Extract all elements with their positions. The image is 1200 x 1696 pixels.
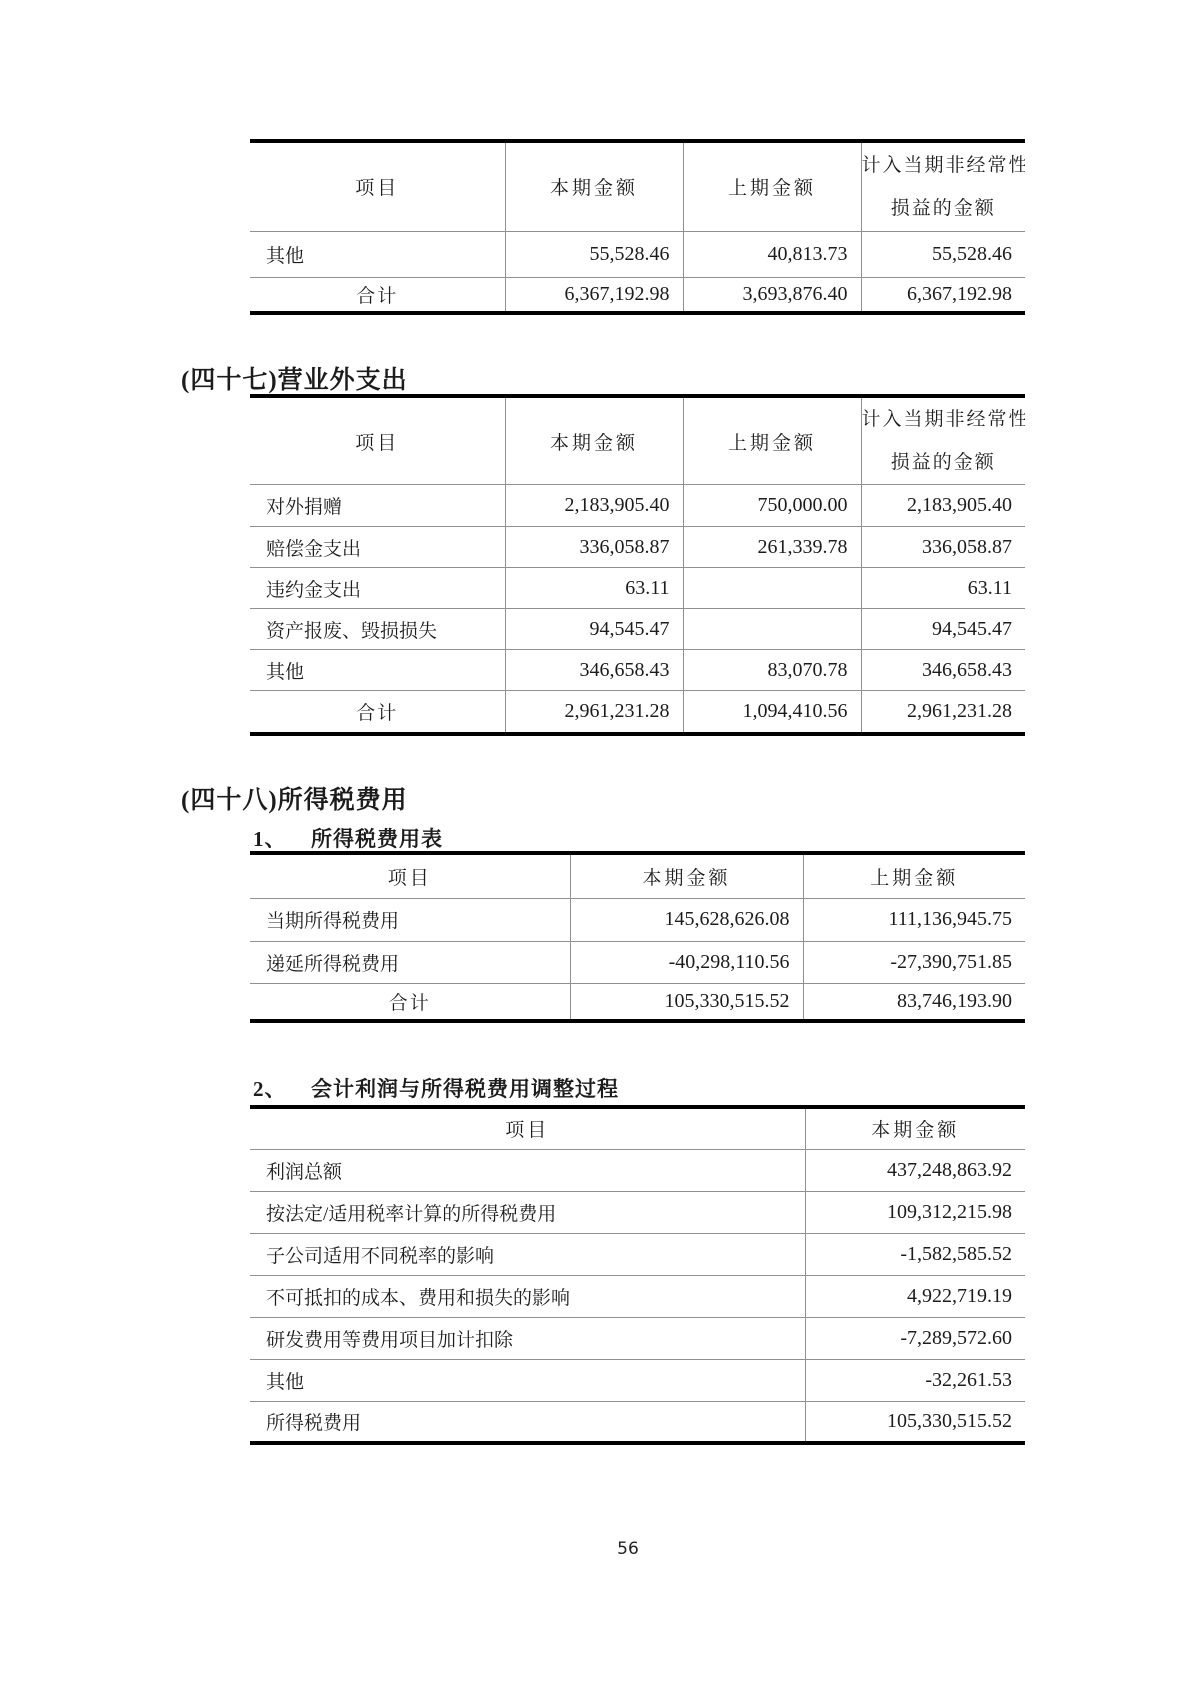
col-header-nonrecurring: 计入当期非经常性 损益的金额 <box>861 396 1025 485</box>
row-label: 所得税费用 <box>250 1401 805 1443</box>
col-header-current: 本期金额 <box>505 141 683 231</box>
col-header-current: 本期金额 <box>505 396 683 485</box>
table-total-row: 合计 6,367,192.98 3,693,876.40 6,367,192.9… <box>250 277 1025 313</box>
table-header-row: 项目 本期金额 上期金额 <box>250 853 1025 898</box>
income-tax-expense-table: 项目 本期金额 上期金额 当期所得税费用 145,628,626.08 111,… <box>250 851 1025 1023</box>
continuation-table: 项目 本期金额 上期金额 计入当期非经常性 损益的金额 其他 55,528.46… <box>250 139 1025 315</box>
cell-prior: 3,693,876.40 <box>683 277 861 313</box>
row-label: 利润总额 <box>250 1149 805 1191</box>
table-header-row: 项目 本期金额 上期金额 计入当期非经常性 损益的金额 <box>250 396 1025 485</box>
table-row: 所得税费用 105,330,515.52 <box>250 1401 1025 1443</box>
subsection-2-number: 2、 <box>253 1073 311 1103</box>
cell-nonrecurring: 94,545.47 <box>861 609 1025 650</box>
subsection-1-title: 所得税费用表 <box>311 827 443 851</box>
cell-prior: 111,136,945.75 <box>803 898 1025 941</box>
cell-current: 4,922,719.19 <box>805 1275 1025 1317</box>
table-row: 资产报废、毁损损失 94,545.47 94,545.47 <box>250 609 1025 650</box>
subsection-2-heading: 2、会计利润与所得税费用调整过程 <box>253 1073 619 1103</box>
total-label: 合计 <box>250 983 570 1021</box>
row-label: 违约金支出 <box>250 568 505 609</box>
col-header-prior: 上期金额 <box>803 853 1025 898</box>
col-header-current: 本期金额 <box>805 1107 1025 1149</box>
cell-current: 105,330,515.52 <box>805 1401 1025 1443</box>
cell-nonrecurring: 63.11 <box>861 568 1025 609</box>
col-header-nonrecurring: 计入当期非经常性 损益的金额 <box>861 141 1025 231</box>
cell-nonrecurring: 346,658.43 <box>861 650 1025 691</box>
cell-current: 437,248,863.92 <box>805 1149 1025 1191</box>
table-header-row: 项目 本期金额 上期金额 计入当期非经常性 损益的金额 <box>250 141 1025 231</box>
row-label: 其他 <box>250 1359 805 1401</box>
cell-current: -7,289,572.60 <box>805 1317 1025 1359</box>
row-label: 对外捐赠 <box>250 485 505 527</box>
cell-current: 55,528.46 <box>505 231 683 277</box>
cell-prior: 261,339.78 <box>683 527 861 568</box>
row-label: 其他 <box>250 650 505 691</box>
row-label: 不可抵扣的成本、费用和损失的影响 <box>250 1275 805 1317</box>
page-number: 56 <box>0 1539 1200 1559</box>
subsection-1-heading: 1、所得税费用表 <box>253 823 443 853</box>
cell-current: 145,628,626.08 <box>570 898 803 941</box>
table-row: 不可抵扣的成本、费用和损失的影响 4,922,719.19 <box>250 1275 1025 1317</box>
row-label: 赔偿金支出 <box>250 527 505 568</box>
total-label: 合计 <box>250 277 505 313</box>
cell-prior: 750,000.00 <box>683 485 861 527</box>
cell-current: 63.11 <box>505 568 683 609</box>
cell-prior: 40,813.73 <box>683 231 861 277</box>
col-header-nonrecurring-line1: 计入当期非经常性 <box>862 398 1026 441</box>
cell-current: 109,312,215.98 <box>805 1191 1025 1233</box>
row-label: 递延所得税费用 <box>250 941 570 983</box>
table-row: 子公司适用不同税率的影响 -1,582,585.52 <box>250 1233 1025 1275</box>
table-row: 对外捐赠 2,183,905.40 750,000.00 2,183,905.4… <box>250 485 1025 527</box>
table-row: 其他 -32,261.53 <box>250 1359 1025 1401</box>
col-header-item: 项目 <box>250 853 570 898</box>
cell-current: 336,058.87 <box>505 527 683 568</box>
table-row: 递延所得税费用 -40,298,110.56 -27,390,751.85 <box>250 941 1025 983</box>
cell-current: -40,298,110.56 <box>570 941 803 983</box>
table-row: 赔偿金支出 336,058.87 261,339.78 336,058.87 <box>250 527 1025 568</box>
cell-prior: 1,094,410.56 <box>683 691 861 734</box>
table-header-row: 项目 本期金额 <box>250 1107 1025 1149</box>
col-header-nonrecurring-line2: 损益的金额 <box>862 187 1026 230</box>
table-row: 按法定/适用税率计算的所得税费用 109,312,215.98 <box>250 1191 1025 1233</box>
table-row: 其他 55,528.46 40,813.73 55,528.46 <box>250 231 1025 277</box>
cell-current: -32,261.53 <box>805 1359 1025 1401</box>
cell-current: 346,658.43 <box>505 650 683 691</box>
cell-nonrecurring: 6,367,192.98 <box>861 277 1025 313</box>
cell-nonrecurring: 336,058.87 <box>861 527 1025 568</box>
non-operating-expenses-table: 项目 本期金额 上期金额 计入当期非经常性 损益的金额 对外捐赠 2,183,9… <box>250 394 1025 736</box>
cell-current: 2,961,231.28 <box>505 691 683 734</box>
report-page: 项目 本期金额 上期金额 计入当期非经常性 损益的金额 其他 55,528.46… <box>0 0 1200 1696</box>
row-label: 研发费用等费用项目加计扣除 <box>250 1317 805 1359</box>
table-row: 研发费用等费用项目加计扣除 -7,289,572.60 <box>250 1317 1025 1359</box>
cell-current: 94,545.47 <box>505 609 683 650</box>
row-label: 子公司适用不同税率的影响 <box>250 1233 805 1275</box>
col-header-nonrecurring-line2: 损益的金额 <box>862 441 1026 484</box>
table-total-row: 合计 105,330,515.52 83,746,193.90 <box>250 983 1025 1021</box>
col-header-prior: 上期金额 <box>683 141 861 231</box>
row-label: 当期所得税费用 <box>250 898 570 941</box>
table-row: 利润总额 437,248,863.92 <box>250 1149 1025 1191</box>
col-header-item: 项目 <box>250 141 505 231</box>
row-label: 其他 <box>250 231 505 277</box>
cell-prior: 83,746,193.90 <box>803 983 1025 1021</box>
cell-nonrecurring: 2,961,231.28 <box>861 691 1025 734</box>
table-row: 当期所得税费用 145,628,626.08 111,136,945.75 <box>250 898 1025 941</box>
cell-nonrecurring: 2,183,905.40 <box>861 485 1025 527</box>
row-label: 按法定/适用税率计算的所得税费用 <box>250 1191 805 1233</box>
table-row: 违约金支出 63.11 63.11 <box>250 568 1025 609</box>
cell-prior: 83,070.78 <box>683 650 861 691</box>
cell-prior <box>683 609 861 650</box>
tax-reconciliation-table: 项目 本期金额 利润总额 437,248,863.92 按法定/适用税率计算的所… <box>250 1105 1025 1445</box>
col-header-item: 项目 <box>250 1107 805 1149</box>
cell-current: -1,582,585.52 <box>805 1233 1025 1275</box>
cell-current: 2,183,905.40 <box>505 485 683 527</box>
cell-prior: -27,390,751.85 <box>803 941 1025 983</box>
col-header-item: 项目 <box>250 396 505 485</box>
cell-nonrecurring: 55,528.46 <box>861 231 1025 277</box>
section-47-heading: (四十七)营业外支出 <box>181 360 408 396</box>
col-header-prior: 上期金额 <box>683 396 861 485</box>
row-label: 资产报废、毁损损失 <box>250 609 505 650</box>
section-48-heading: (四十八)所得税费用 <box>181 780 408 816</box>
table-row: 其他 346,658.43 83,070.78 346,658.43 <box>250 650 1025 691</box>
cell-prior <box>683 568 861 609</box>
table-total-row: 合计 2,961,231.28 1,094,410.56 2,961,231.2… <box>250 691 1025 734</box>
cell-current: 6,367,192.98 <box>505 277 683 313</box>
subsection-2-title: 会计利润与所得税费用调整过程 <box>311 1077 619 1101</box>
subsection-1-number: 1、 <box>253 823 311 853</box>
total-label: 合计 <box>250 691 505 734</box>
cell-current: 105,330,515.52 <box>570 983 803 1021</box>
col-header-current: 本期金额 <box>570 853 803 898</box>
col-header-nonrecurring-line1: 计入当期非经常性 <box>862 144 1026 187</box>
